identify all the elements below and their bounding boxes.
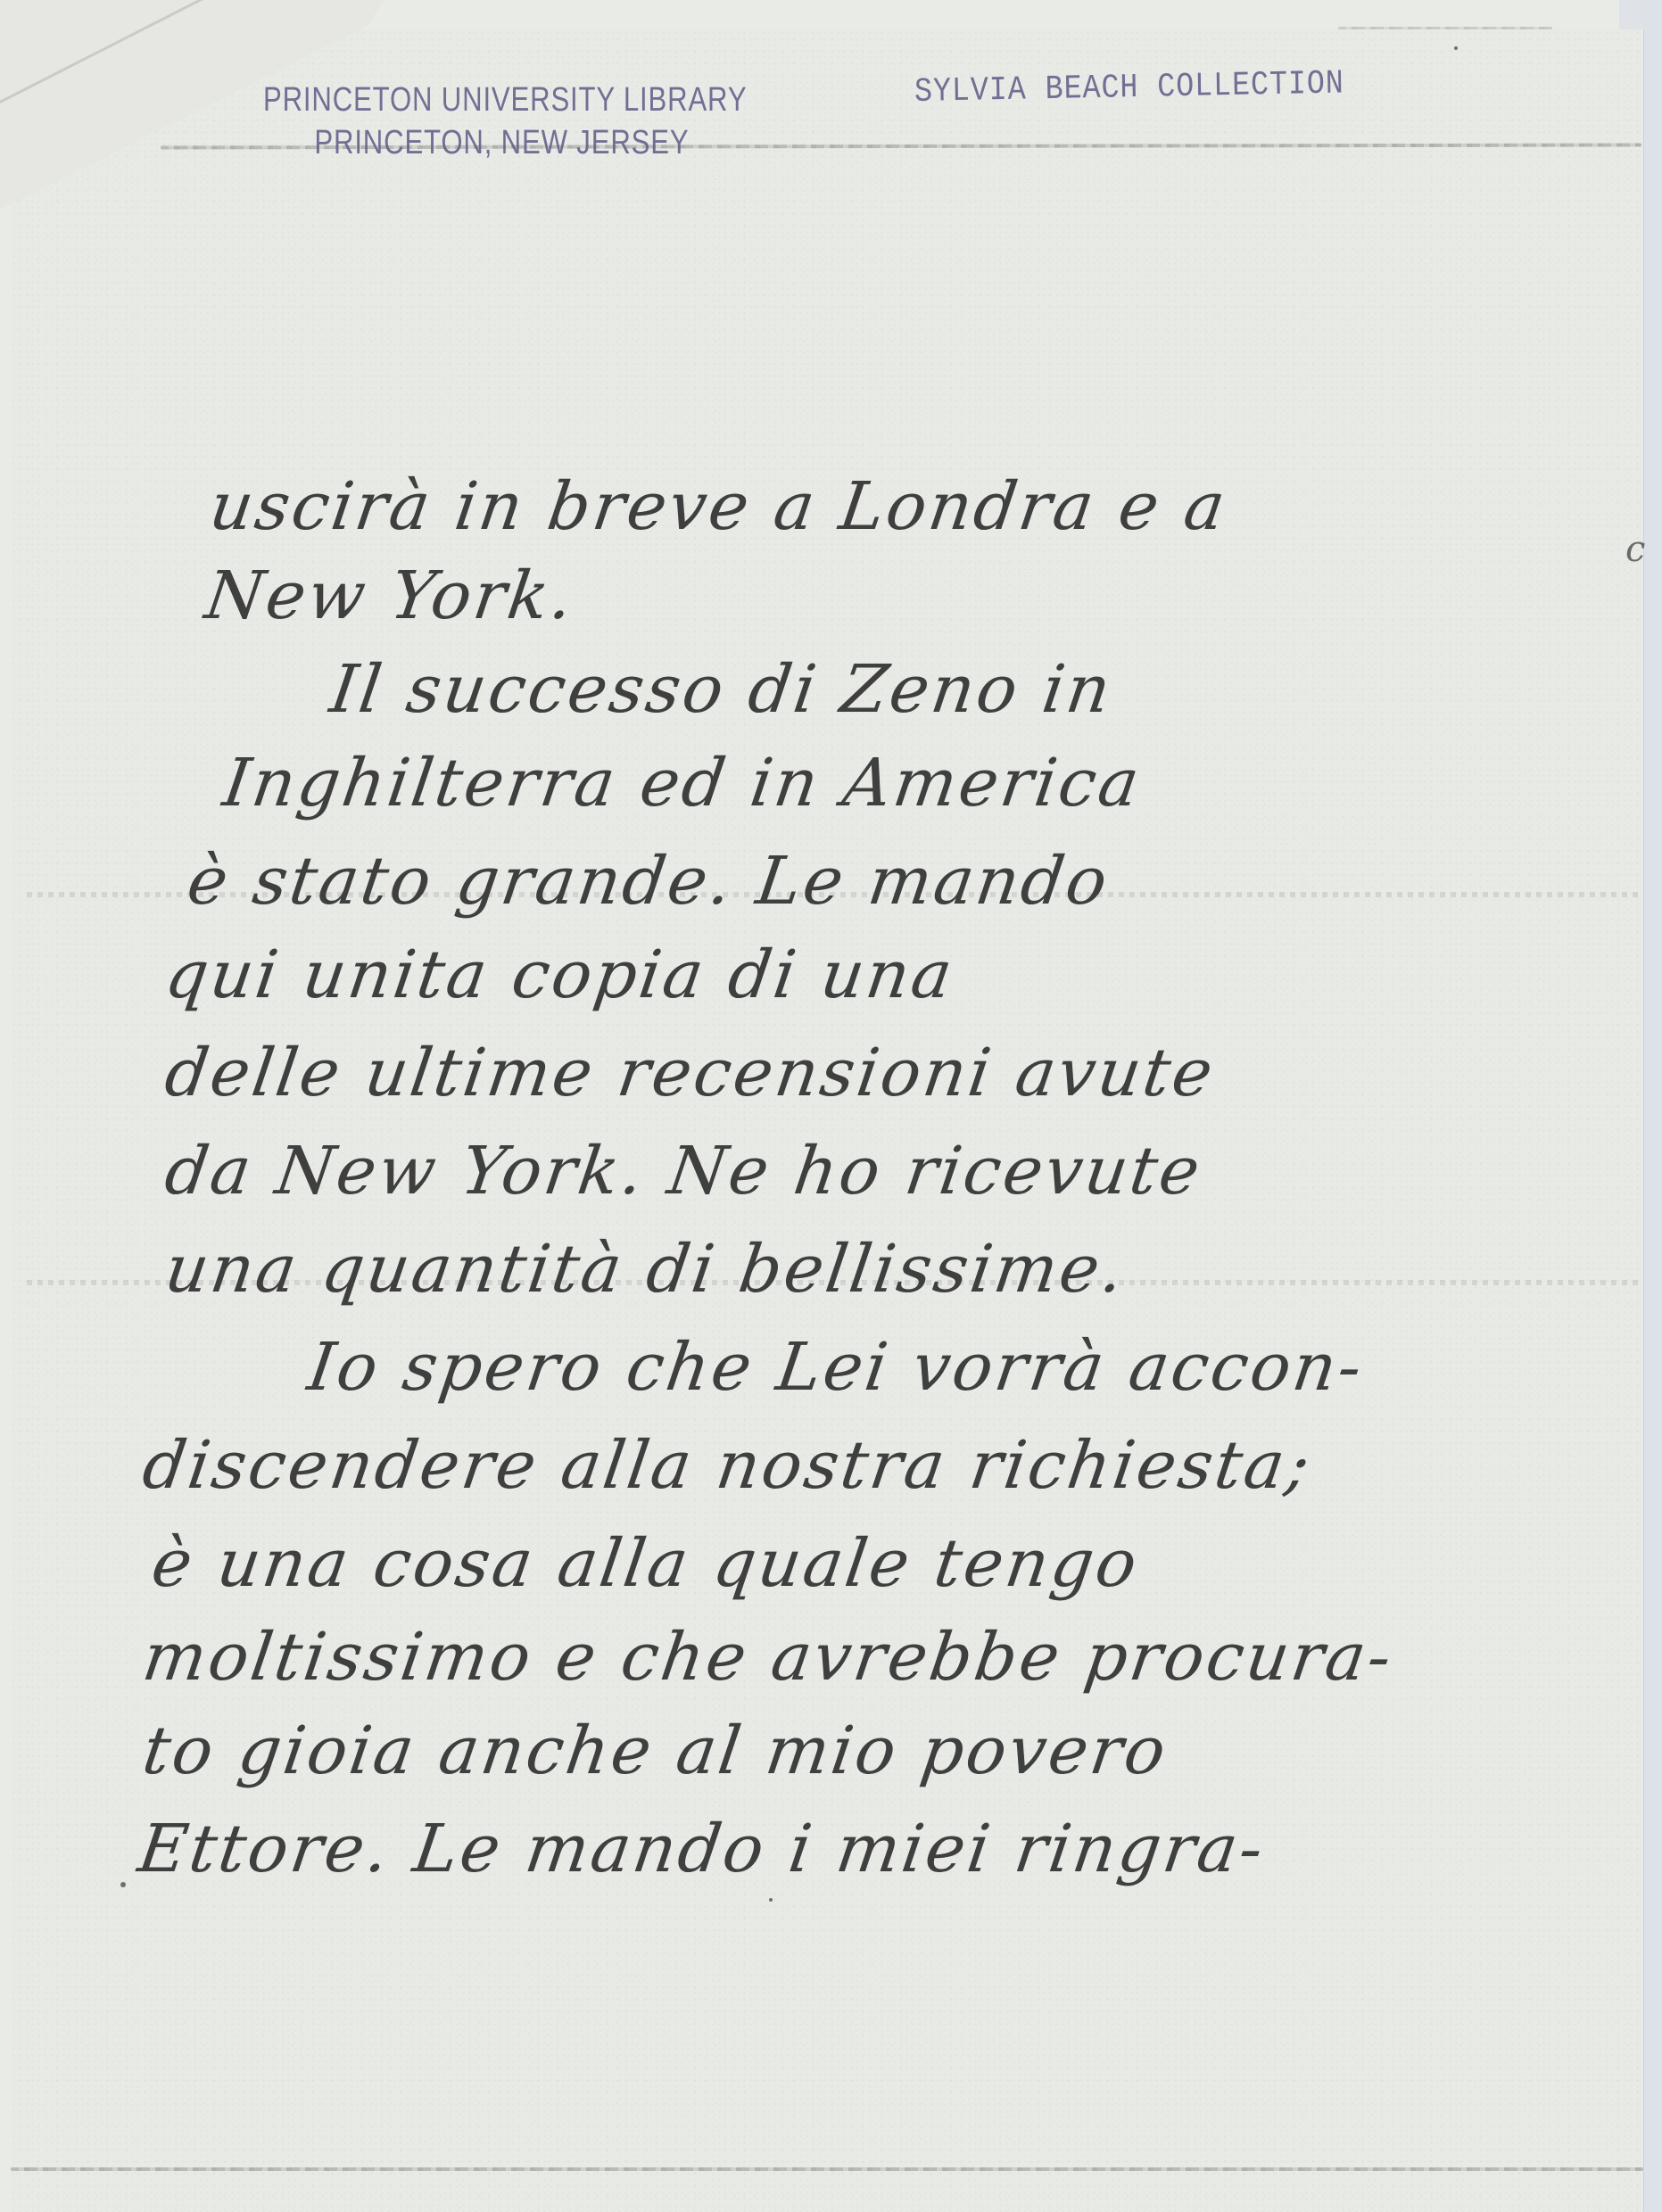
library-stamp-line2: PRINCETON, NEW JERSEY [263, 121, 747, 164]
paper-speck [769, 1898, 773, 1902]
letter-line: è stato grande. Le mando [183, 843, 1114, 920]
library-stamp: PRINCETON UNIVERSITY LIBRARY PRINCETON, … [263, 78, 747, 164]
bottom-torn-edge [11, 2167, 1643, 2171]
paper-speck [1454, 46, 1458, 50]
letter-line: è una cosa alla quale tengo [147, 1525, 1144, 1602]
letter-line: discendere alla nostra richiesta; [138, 1427, 1317, 1504]
letter-line: to gioia anche al mio povero [138, 1713, 1173, 1789]
letter-line: da New York. Ne ho ricevute [161, 1133, 1207, 1209]
letter-line: delle ultime recensioni avute [161, 1035, 1220, 1111]
letter-line: New York. [201, 557, 580, 634]
letter-line: Inghilterra ed in America [219, 745, 1146, 821]
letter-line: qui unita copia di una [161, 937, 959, 1013]
letter-line: Ettore. Le mando i miei ringra- [134, 1811, 1270, 1887]
back-sheet-torn-edge [1338, 27, 1552, 29]
letter-line: una quantità di bellissime. [161, 1231, 1130, 1308]
library-stamp-line1: PRINCETON UNIVERSITY LIBRARY [263, 81, 747, 119]
letter-line: moltissimo e che avrebbe procura- [138, 1619, 1399, 1696]
margin-mark: c [1625, 529, 1645, 570]
scan-background-strip [1642, 0, 1662, 2212]
letter-line: Io spero che Lei vorrà accon- [303, 1329, 1368, 1406]
letter-line: uscirà in breve a Londra e a [205, 468, 1232, 545]
paper-speck [120, 1882, 126, 1887]
letter-line: Il successo di Zeno in [326, 651, 1118, 728]
